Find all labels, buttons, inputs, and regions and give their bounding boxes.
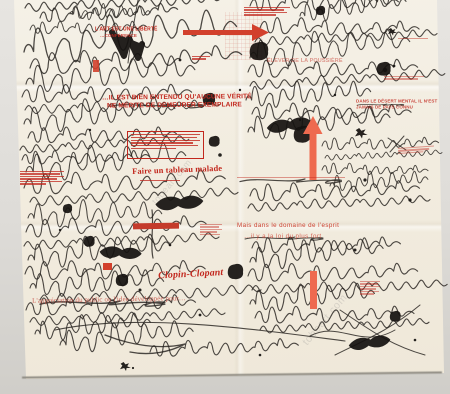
print-poussiere: ÉLEVER DE LA POUSSIÈRE [267,58,343,64]
red-square-small-top [93,60,99,72]
red-bar-vertical [310,271,317,309]
print-desert-line2: JAMAIS DE PAYS CONNU [356,105,413,110]
print-truth-line2: NE MÉRITE DE DEMEURER EXEMPLAIRE [107,101,242,109]
micro-text-block [398,38,428,40]
handwriting-layer [0,0,450,394]
artwork-photo: tobeart.com tobeart.com [0,0,450,394]
red-framed-caption-box [127,131,204,159]
print-esprit-line1: Mais dans le domaine de l'esprit [237,222,339,228]
micro-text-block [140,180,180,182]
micro-text-block [192,56,210,61]
red-arrow-right-icon [183,24,269,41]
print-desert-line1: DANS LE DÉSERT MENTAL IL N'EST [356,99,437,104]
red-bar-horizontal [133,223,179,230]
micro-text-block [384,76,424,81]
micro-text-block [360,281,380,296]
micro-text-block [20,171,64,186]
micro-text-block [237,177,345,179]
red-square-small-mid [103,263,112,270]
print-liberty-line1: L'ART EST UNE LIBERTÉ [95,27,157,32]
print-esprit-line2: …il y a la loi du plus fort [244,233,321,239]
print-liberty-line2: …CONFÉRENCE [100,34,137,39]
micro-text-block [244,7,290,17]
micro-text-block [200,224,222,236]
